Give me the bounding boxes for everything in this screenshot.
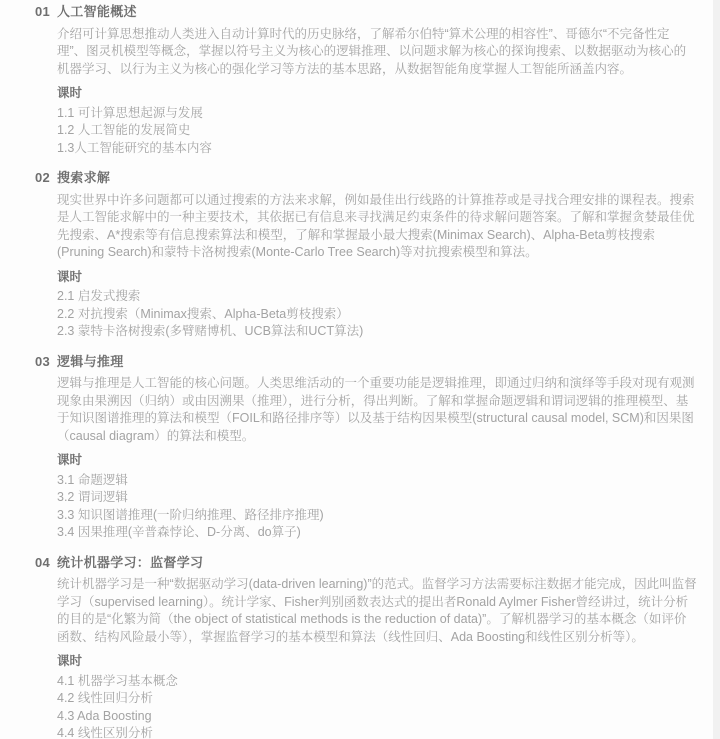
hours-label: 课时 xyxy=(57,269,698,287)
lesson-list: 2.1 启发式搜索 2.2 对抗搜索（Minimax搜索、Alpha-Beta剪… xyxy=(57,288,698,341)
section-description: 统计机器学习是一种“数据驱动学习(data-driven learning)”的… xyxy=(57,576,698,646)
section-header: 03 逻辑与推理 xyxy=(35,353,698,371)
section-body: 统计机器学习是一种“数据驱动学习(data-driven learning)”的… xyxy=(57,576,698,739)
section-header: 02 搜索求解 xyxy=(35,169,698,187)
hours-label: 课时 xyxy=(57,653,698,671)
lesson-item: 2.2 对抗搜索（Minimax搜索、Alpha-Beta剪枝搜索） xyxy=(57,306,698,324)
section-title: 逻辑与推理 xyxy=(57,353,124,371)
course-outline-page: 01 人工智能概述 介绍可计算思想推动人类进入自动计算时代的历史脉络，了解希尔伯… xyxy=(0,0,720,739)
syllabus-section-1: 01 人工智能概述 介绍可计算思想推动人类进入自动计算时代的历史脉络，了解希尔伯… xyxy=(35,3,698,157)
syllabus-section-4: 04 统计机器学习：监督学习 统计机器学习是一种“数据驱动学习(data-dri… xyxy=(35,554,698,739)
section-body: 现实世界中许多问题都可以通过搜索的方法来求解，例如最佳出行线路的计算推荐或是寻找… xyxy=(57,192,698,341)
section-body: 逻辑与推理是人工智能的核心问题。人类思维活动的一个重要功能是逻辑推理，即通过归纳… xyxy=(57,375,698,542)
lesson-item: 1.1 可计算思想起源与发展 xyxy=(57,105,698,123)
hours-label: 课时 xyxy=(57,85,698,103)
syllabus-section-3: 03 逻辑与推理 逻辑与推理是人工智能的核心问题。人类思维活动的一个重要功能是逻… xyxy=(35,353,698,542)
section-title: 搜索求解 xyxy=(57,169,110,187)
section-description: 介绍可计算思想推动人类进入自动计算时代的历史脉络，了解希尔伯特“算术公理的相容性… xyxy=(57,26,698,79)
lesson-list: 3.1 命题逻辑 3.2 谓词逻辑 3.3 知识图谱推理(一阶归纳推理、路径排序… xyxy=(57,472,698,542)
page-right-edge xyxy=(713,0,720,739)
section-description: 逻辑与推理是人工智能的核心问题。人类思维活动的一个重要功能是逻辑推理，即通过归纳… xyxy=(57,375,698,445)
section-header: 01 人工智能概述 xyxy=(35,3,698,21)
section-header: 04 统计机器学习：监督学习 xyxy=(35,554,698,572)
section-title: 统计机器学习：监督学习 xyxy=(57,554,203,572)
lesson-item: 3.1 命题逻辑 xyxy=(57,472,698,490)
lesson-item: 3.3 知识图谱推理(一阶归纳推理、路径排序推理) xyxy=(57,507,698,525)
hours-label: 课时 xyxy=(57,452,698,470)
lesson-item: 4.4 线性区别分析 xyxy=(57,725,698,739)
section-title: 人工智能概述 xyxy=(57,3,137,21)
syllabus-section-2: 02 搜索求解 现实世界中许多问题都可以通过搜索的方法来求解，例如最佳出行线路的… xyxy=(35,169,698,341)
lesson-item: 1.3人工智能研究的基本内容 xyxy=(57,140,698,158)
section-number: 03 xyxy=(35,353,57,371)
lesson-list: 4.1 机器学习基本概念 4.2 线性回归分析 4.3 Ada Boosting… xyxy=(57,673,698,739)
section-number: 01 xyxy=(35,3,57,21)
lesson-item: 4.1 机器学习基本概念 xyxy=(57,673,698,691)
lesson-item: 3.4 因果推理(辛普森悖论、D-分离、do算子) xyxy=(57,524,698,542)
section-number: 04 xyxy=(35,554,57,572)
lesson-item: 4.3 Ada Boosting xyxy=(57,708,698,726)
section-description: 现实世界中许多问题都可以通过搜索的方法来求解，例如最佳出行线路的计算推荐或是寻找… xyxy=(57,192,698,262)
section-number: 02 xyxy=(35,169,57,187)
section-body: 介绍可计算思想推动人类进入自动计算时代的历史脉络，了解希尔伯特“算术公理的相容性… xyxy=(57,26,698,158)
lesson-item: 3.2 谓词逻辑 xyxy=(57,489,698,507)
lesson-item: 2.1 启发式搜索 xyxy=(57,288,698,306)
lesson-item: 2.3 蒙特卡洛树搜索(多臂赌博机、UCB算法和UCT算法) xyxy=(57,323,698,341)
lesson-item: 4.2 线性回归分析 xyxy=(57,690,698,708)
lesson-list: 1.1 可计算思想起源与发展 1.2 人工智能的发展简史 1.3人工智能研究的基… xyxy=(57,105,698,158)
lesson-item: 1.2 人工智能的发展简史 xyxy=(57,122,698,140)
